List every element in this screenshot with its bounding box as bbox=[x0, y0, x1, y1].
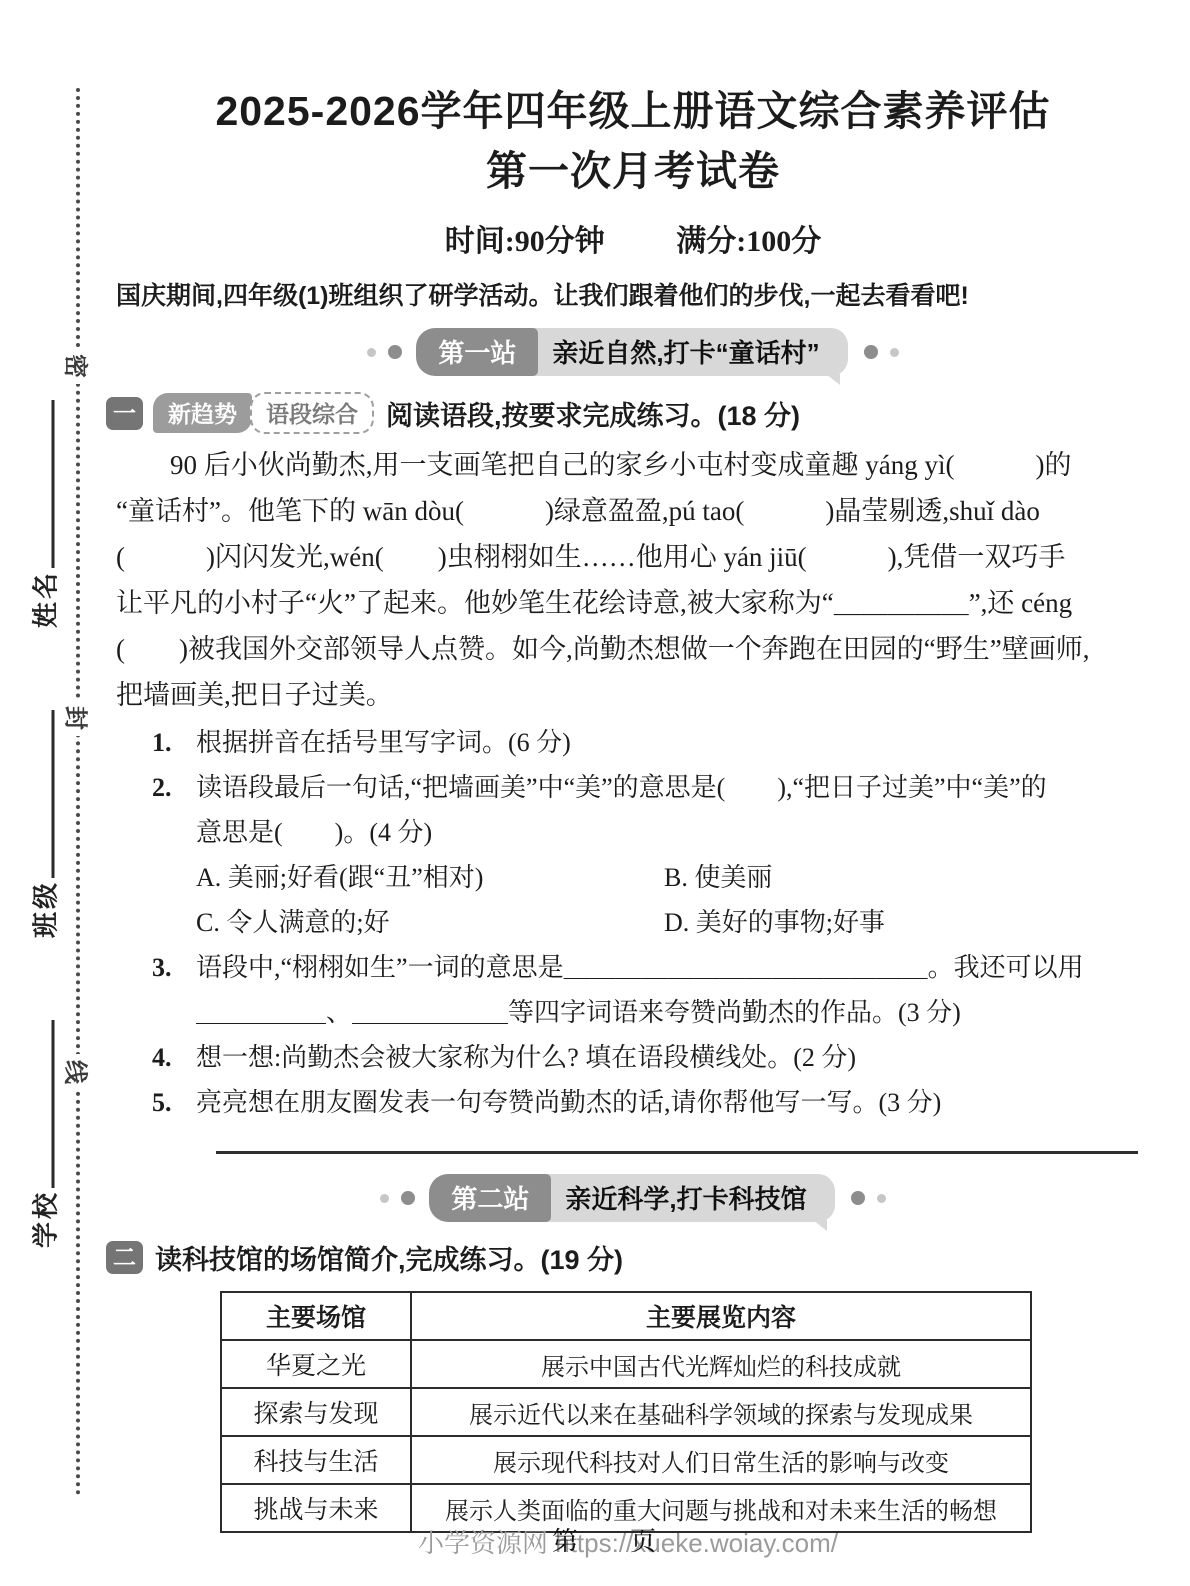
exam-meta: 时间:90分钟 满分:100分 bbox=[116, 216, 1150, 260]
question-text: 意思是( )。(4 分) bbox=[196, 810, 1150, 855]
exam-title-line2: 第一次月考试卷 bbox=[116, 146, 1150, 196]
station1-title: 亲近自然,打卡“童话村” bbox=[530, 328, 847, 376]
name-field-label: 姓名 bbox=[32, 570, 61, 628]
question-4: 4. 想一想:尚勤杰会被大家称为什么? 填在语段横线处。(2 分) bbox=[152, 1035, 1150, 1080]
banner-dot-icon bbox=[388, 345, 402, 359]
choice-options: A. 美丽;好看(跟“丑”相对) B. 使美丽 C. 令人满意的;好 D. 美好… bbox=[196, 855, 1150, 945]
section1-number-badge: 一 bbox=[106, 397, 143, 430]
table-row: 科技与生活 展示现代科技对人们日常生活的影响与改变 bbox=[221, 1436, 1031, 1484]
hall-content: 展示近代以来在基础科学领域的探索与发现成果 bbox=[411, 1388, 1031, 1436]
hall-name: 探索与发现 bbox=[221, 1388, 411, 1436]
station2-badge: 第二站 bbox=[429, 1174, 551, 1222]
station1-badge: 第一站 bbox=[416, 328, 538, 376]
banner-dot-icon bbox=[380, 1194, 389, 1203]
question-3: 3. 语段中,“栩栩如生”一词的意思是＿＿＿＿＿＿＿＿＿＿＿＿＿＿。我还可以用 … bbox=[152, 945, 1150, 1035]
section-divider-line bbox=[216, 1151, 1138, 1154]
hall-content: 展示现代科技对人们日常生活的影响与改变 bbox=[411, 1436, 1031, 1484]
question-1: 1. 根据拼音在括号里写字词。(6 分) bbox=[152, 720, 1150, 765]
banner-dot-icon bbox=[890, 348, 899, 357]
seal-char-mi: 密 bbox=[58, 348, 99, 384]
main-content: 2025-2026学年四年级上册语文综合素养评估 第一次月考试卷 时间:90分钟… bbox=[0, 0, 1190, 1533]
seal-char-xian: 线 bbox=[58, 1054, 99, 1090]
question-list: 1. 根据拼音在括号里写字词。(6 分) 2. 读语段最后一句话,“把墙画美”中… bbox=[116, 720, 1150, 1125]
question-text: 语段中,“栩栩如生”一词的意思是＿＿＿＿＿＿＿＿＿＿＿＿＿＿。我还可以用 bbox=[196, 945, 1150, 990]
school-field-label: 学校 bbox=[32, 1190, 61, 1248]
option-b: B. 使美丽 bbox=[664, 855, 1150, 900]
name-field-blank-line bbox=[31, 400, 55, 568]
exam-time: 时间:90分钟 bbox=[445, 225, 605, 258]
question-number: 2. bbox=[152, 765, 196, 945]
new-trend-tag: 新趋势 bbox=[153, 393, 252, 433]
question-number: 1. bbox=[152, 720, 196, 765]
museum-hall-table: 主要场馆 主要展览内容 华夏之光 展示中国古代光辉灿烂的科技成就 探索与发现 展… bbox=[220, 1291, 1032, 1533]
option-d: D. 美好的事物;好事 bbox=[664, 900, 1150, 945]
question-number: 3. bbox=[152, 945, 196, 1035]
table-row: 华夏之光 展示中国古代光辉灿烂的科技成就 bbox=[221, 1340, 1031, 1388]
banner-tail-icon bbox=[826, 374, 840, 385]
exam-title-line1: 2025-2026学年四年级上册语文综合素养评估 bbox=[116, 86, 1150, 136]
question-text: 想一想:尚勤杰会被大家称为什么? 填在语段横线处。(2 分) bbox=[196, 1035, 1150, 1080]
seal-dotted-line bbox=[76, 88, 80, 1496]
banner-dot-icon bbox=[401, 1191, 415, 1205]
option-a: A. 美丽;好看(跟“丑”相对) bbox=[196, 855, 664, 900]
station1-banner: 第一站 亲近自然,打卡“童话村” bbox=[116, 328, 1150, 376]
table-row: 探索与发现 展示近代以来在基础科学领域的探索与发现成果 bbox=[221, 1388, 1031, 1436]
section2-instruction: 读科技馆的场馆简介,完成练习。(19 分) bbox=[155, 1238, 623, 1277]
passage-line: “童话村”。他笔下的 wān dòu( )绿意盈盈,pú tao( )晶莹剔透,… bbox=[116, 488, 1150, 534]
passage-line: 让平凡的小村子“火”了起来。他妙笔生花绘诗意,被大家称为“＿＿＿＿＿”,还 cé… bbox=[116, 580, 1150, 626]
section2-header: 二 读科技馆的场馆简介,完成练习。(19 分) bbox=[106, 1238, 1150, 1277]
class-field-label: 班级 bbox=[32, 880, 61, 938]
exam-full-score: 满分:100分 bbox=[676, 225, 821, 258]
hall-content: 展示中国古代光辉灿烂的科技成就 bbox=[411, 1340, 1031, 1388]
question-text: ＿＿＿＿＿、＿＿＿＿＿＿等四字词语来夸赞尚勤杰的作品。(3 分) bbox=[196, 990, 1150, 1035]
question-text: 根据拼音在括号里写字词。(6 分) bbox=[196, 720, 1150, 765]
seal-char-feng: 封 bbox=[58, 700, 99, 736]
banner-dot-icon bbox=[864, 345, 878, 359]
passage-line: 90 后小伙尚勤杰,用一支画笔把自己的家乡小屯村变成童趣 yáng yì( )的 bbox=[116, 442, 1150, 488]
exam-paper-page: 密 封 线 姓名 班级 学校 2025-2026学年四年级上册语文综合素养评估 … bbox=[0, 0, 1190, 1586]
section1-instruction: 阅读语段,按要求完成练习。(18 分) bbox=[386, 394, 800, 433]
hall-name: 科技与生活 bbox=[221, 1436, 411, 1484]
school-field-blank-line bbox=[31, 1020, 55, 1188]
passage-composite-tag: 语段综合 bbox=[250, 392, 374, 434]
banner-dot-icon bbox=[367, 348, 376, 357]
section1-header: 一 新趋势 语段综合 阅读语段,按要求完成练习。(18 分) bbox=[106, 392, 1150, 434]
table-header-content: 主要展览内容 bbox=[411, 1292, 1031, 1340]
passage-line: 把墙画美,把日子过美。 bbox=[116, 672, 1150, 718]
question-text: 读语段最后一句话,“把墙画美”中“美”的意思是( ),“把日子过美”中“美”的 bbox=[196, 765, 1150, 810]
question-text: 亮亮想在朋友圈发表一句夸赞尚勤杰的话,请你帮他写一写。(3 分) bbox=[196, 1080, 1150, 1125]
banner-dot-icon bbox=[877, 1194, 886, 1203]
hall-name: 挑战与未来 bbox=[221, 1484, 411, 1532]
option-c: C. 令人满意的;好 bbox=[196, 900, 664, 945]
section2-number-badge: 二 bbox=[106, 1241, 143, 1274]
page-number: 第 页 bbox=[552, 1521, 656, 1558]
hall-name: 华夏之光 bbox=[221, 1340, 411, 1388]
table-header-row: 主要场馆 主要展览内容 bbox=[221, 1292, 1031, 1340]
question-number: 4. bbox=[152, 1035, 196, 1080]
reading-passage: 90 后小伙尚勤杰,用一支画笔把自己的家乡小屯村变成童趣 yáng yì( )的… bbox=[116, 442, 1150, 718]
question-number: 5. bbox=[152, 1080, 196, 1125]
passage-line: ( )闪闪发光,wén( )虫栩栩如生……他用心 yán jiū( ),凭借一双… bbox=[116, 534, 1150, 580]
passage-line: ( )被我国外交部领导人点赞。如今,尚勤杰想做一个奔跑在田园的“野生”壁画师, bbox=[116, 626, 1150, 672]
class-field-blank-line bbox=[31, 710, 55, 878]
station2-banner: 第二站 亲近科学,打卡科技馆 bbox=[116, 1174, 1150, 1222]
banner-dot-icon bbox=[851, 1191, 865, 1205]
station2-title: 亲近科学,打卡科技馆 bbox=[543, 1174, 834, 1222]
exam-intro-text: 国庆期间,四年级(1)班组织了研学活动。让我们跟着他们的步伐,一起去看看吧! bbox=[116, 280, 1150, 313]
question-5: 5. 亮亮想在朋友圈发表一句夸赞尚勤杰的话,请你帮他写一写。(3 分) bbox=[152, 1080, 1150, 1125]
banner-tail-icon bbox=[813, 1220, 827, 1231]
table-header-hall: 主要场馆 bbox=[221, 1292, 411, 1340]
question-2: 2. 读语段最后一句话,“把墙画美”中“美”的意思是( ),“把日子过美”中“美… bbox=[152, 765, 1150, 945]
